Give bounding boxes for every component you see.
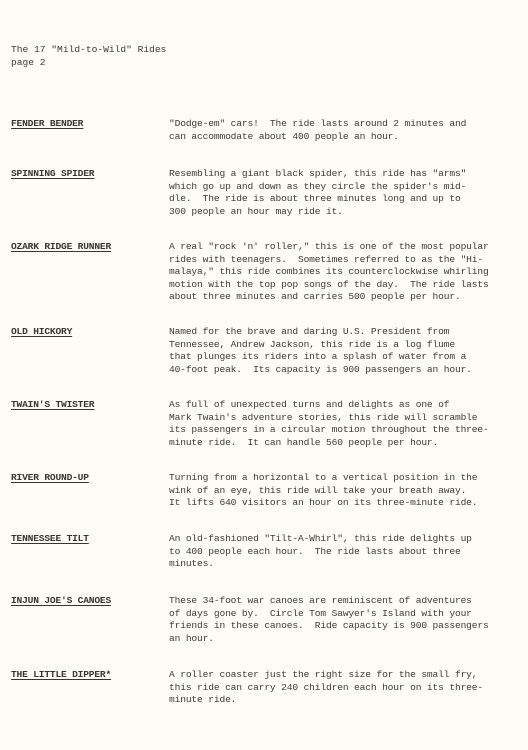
description-line: rides with teenagers. Sometimes referred… [169, 254, 524, 267]
ride-description: An old-fashioned "Tilt-A-Whirl", this ri… [169, 533, 524, 571]
description-line: Resembling a giant black spider, this ri… [169, 168, 524, 181]
ride-description: A real "rock 'n' roller," this is one of… [169, 241, 524, 304]
description-line: minute ride. It can handle 560 people pe… [169, 437, 524, 450]
ride-description: Named for the brave and daring U.S. Pres… [169, 326, 524, 376]
description-line: 300 people an hour may ride it. [169, 206, 524, 219]
description-line: Mark Twain's adventure stories, this rid… [169, 412, 524, 425]
description-line: its passengers in a circular motion thro… [169, 424, 524, 437]
description-line: A real "rock 'n' roller," this is one of… [169, 241, 524, 254]
description-line: motion with the top pop songs of the day… [169, 279, 524, 292]
description-line: this ride can carry 240 children each ho… [169, 682, 524, 695]
ride-description: Resembling a giant black spider, this ri… [169, 168, 524, 218]
description-line: An old-fashioned "Tilt-A-Whirl", this ri… [169, 533, 524, 546]
description-line: Turning from a horizontal to a vertical … [169, 472, 524, 485]
description-line: of days gone by. Circle Tom Sawyer's Isl… [169, 608, 524, 621]
ride-name: OZARK RIDGE RUNNER [11, 241, 111, 254]
ride-name: INJUN JOE'S CANOES [11, 595, 111, 608]
page-number: page 2 [11, 57, 166, 70]
ride-name: THE LITTLE DIPPER* [11, 669, 111, 682]
description-line: minutes. [169, 558, 524, 571]
ride-name: TWAIN'S TWISTER [11, 399, 94, 412]
ride-name: OLD HICKORY [11, 326, 72, 339]
description-line: friends in these canoes. Ride capacity i… [169, 620, 524, 633]
description-line: As full of unexpected turns and delights… [169, 399, 524, 412]
description-line: wink of an eye, this ride will take your… [169, 485, 524, 498]
description-line: malaya," this ride combines its counterc… [169, 266, 524, 279]
description-line: an hour. [169, 633, 524, 646]
description-line: to 400 people each hour. The ride lasts … [169, 546, 524, 559]
description-line: dle. The ride is about three minutes lon… [169, 193, 524, 206]
description-line: "Dodge-em" cars! The ride lasts around 2… [169, 118, 524, 131]
ride-name: RIVER ROUND-UP [11, 472, 89, 485]
description-line: that plunges its riders into a splash of… [169, 351, 524, 364]
description-line: These 34-foot war canoes are reminiscent… [169, 595, 524, 608]
description-line: A roller coaster just the right size for… [169, 669, 524, 682]
document-header: The 17 "Mild-to-Wild" Rides page 2 [11, 44, 166, 69]
description-line: It lifts 640 visitors an hour on its thr… [169, 497, 524, 510]
description-line: Named for the brave and daring U.S. Pres… [169, 326, 524, 339]
description-line: minute ride. [169, 694, 524, 707]
document-title: The 17 "Mild-to-Wild" Rides [11, 44, 166, 57]
description-line: Tennessee, Andrew Jackson, this ride is … [169, 339, 524, 352]
ride-description: Turning from a horizontal to a vertical … [169, 472, 524, 510]
description-line: can accommodate about 400 people an hour… [169, 131, 524, 144]
ride-name: FENDER BENDER [11, 118, 83, 131]
ride-description: "Dodge-em" cars! The ride lasts around 2… [169, 118, 524, 143]
ride-description: These 34-foot war canoes are reminiscent… [169, 595, 524, 645]
description-line: 40-foot peak. Its capacity is 900 passen… [169, 364, 524, 377]
ride-name: SPINNING SPIDER [11, 168, 94, 181]
ride-name: TENNESSEE TILT [11, 533, 89, 546]
ride-description: As full of unexpected turns and delights… [169, 399, 524, 449]
description-line: about three minutes and carries 500 peop… [169, 291, 524, 304]
description-line: which go up and down as they circle the … [169, 181, 524, 194]
ride-description: A roller coaster just the right size for… [169, 669, 524, 707]
